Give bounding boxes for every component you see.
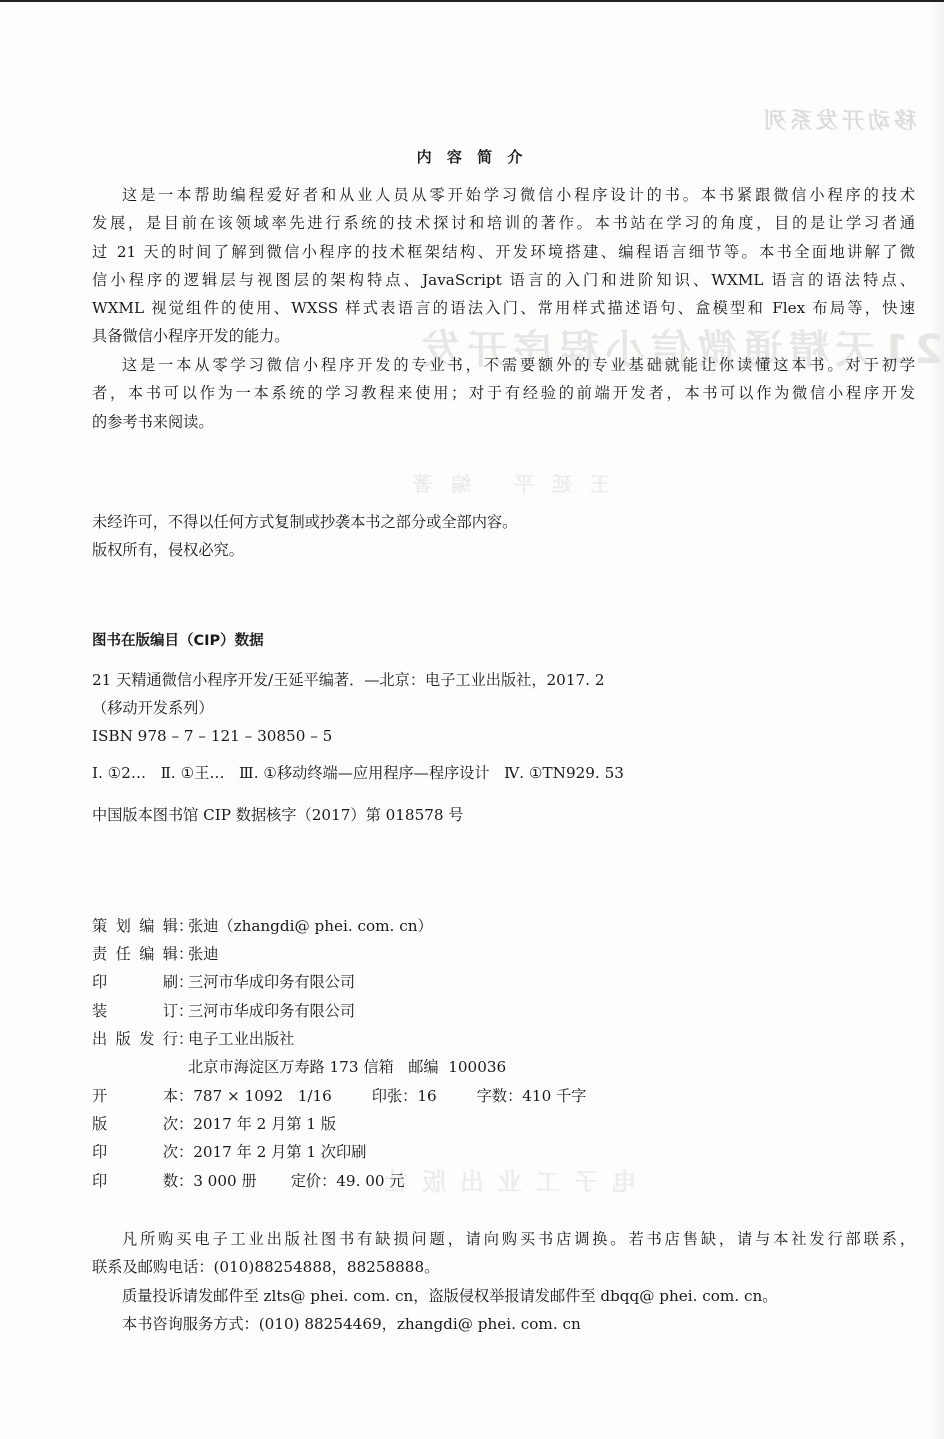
credit-row-address: 北京市海淀区万寿路 173 信箱 邮编 100036 [92,1053,506,1081]
sheets-value: 16 [417,1082,436,1110]
scan-right-shadow [930,0,944,1439]
scan-top-edge [0,0,944,2]
pubinfo-row-edition: 版次：2017 年 2 月第 1 版 [92,1110,586,1138]
cip-entry: 21 天精通微信小程序开发/王延平编著．—北京：电子工业出版社，2017. 2 [92,666,605,694]
notice-line: 联系及邮购电话：(010)88254888，88258888。 [92,1253,915,1281]
text-line: 的参考书来阅读。 [92,408,915,436]
credit-value: 电子工业出版社 [188,1025,294,1053]
text-line: 过 21 天的时间了解到微信小程序的技术框架结构、开发环境搭建、编程语言细节等。… [92,238,915,266]
pubinfo-row-printing: 印次：2017 年 2 月第 1 次印刷 [92,1138,586,1166]
edition-value: 2017 年 2 月第 1 版 [193,1110,336,1138]
cip-isbn: ISBN 978 – 7 – 121 – 30850 – 5 [92,722,605,750]
summary-heading: 内 容 简 介 [0,146,944,167]
copyright-notice: 未经许可，不得以任何方式复制或抄袭本书之部分或全部内容。 版权所有，侵权必究。 [92,508,517,564]
summary-paragraph-1: 这是一本帮助编程爱好者和从业人员从零开始学习微信小程序设计的书。本书紧跟微信小程… [92,181,915,351]
format-value: 787 × 1092 1/16 [193,1082,332,1110]
words-label: 字数 [477,1082,507,1110]
credit-row-printing: 印刷 ：三河市华成印务有限公司 [92,968,506,996]
credit-label: 策划编辑 [92,912,178,940]
credit-row-planning-editor: 策划编辑 ：张迪（zhangdi@ phei. com. cn） [92,912,506,940]
pubinfo-label: 印数 [92,1167,178,1195]
summary-paragraph-2: 这是一本从零学习微信小程序开发的专业书，不需要额外的专业基础就能让你读懂这本书。… [92,351,915,436]
printing-value: 2017 年 2 月第 1 次印刷 [193,1138,366,1166]
show-through-author: 王延平 编著 [395,468,610,497]
purchase-notice: 凡所购买电子工业出版社图书有缺损问题，请向购买书店调换。若书店售缺，请与本社发行… [92,1225,915,1338]
credit-label: 责任编辑 [92,940,178,968]
record-line: 中国版本图书馆 CIP 数据核字（2017）第 018578 号 [92,804,464,825]
cip-heading: 图书在版编目（CIP）数据 [92,629,264,650]
cip-record: 21 天精通微信小程序开发/王延平编著．—北京：电子工业出版社，2017. 2 … [92,666,605,750]
notice-line: 凡所购买电子工业出版社图书有缺损问题，请向购买书店调换。若书店售缺，请与本社发行… [92,1225,915,1253]
pubinfo-row-format: 开本：787 × 1092 1/16印张：16字数：410 千字 [92,1082,586,1110]
text-line: 这是一本帮助编程爱好者和从业人员从零开始学习微信小程序设计的书。本书紧跟微信小程… [92,181,915,209]
credit-row-responsible-editor: 责任编辑 ：张迪 [92,940,506,968]
pubinfo-label: 版次 [92,1110,178,1138]
consultation-line: 本书咨询服务方式：(010) 88254469，zhangdi@ phei. c… [92,1310,915,1338]
credit-row-publisher: 出版发行 ：电子工业出版社 [92,1025,506,1053]
credit-label: 出版发行 [92,1025,178,1053]
price-label: 定价 [291,1167,321,1195]
text-line: 发展，是目前在该领域率先进行系统的技术探讨和培训的著作。本书站在学习的角度，目的… [92,209,915,237]
credit-value: 三河市华成印务有限公司 [188,997,355,1025]
cip-classification: Ⅰ. ①2… Ⅱ. ①王… Ⅲ. ①移动终端—应用程序—程序设计 Ⅳ. ①TN9… [92,762,624,783]
classification-line: Ⅰ. ①2… Ⅱ. ①王… Ⅲ. ①移动终端—应用程序—程序设计 Ⅳ. ①TN9… [92,762,624,783]
price-value: 49. 00 元 [336,1167,404,1195]
cip-series: （移动开发系列） [92,694,605,722]
credit-row-binding: 装订 ：三河市华成印务有限公司 [92,997,506,1025]
credit-value: 张迪 [188,940,218,968]
credit-value: 张迪（zhangdi@ phei. com. cn） [188,912,433,940]
publisher-address: 北京市海淀区万寿路 173 信箱 邮编 100036 [92,1053,506,1081]
text-line: 具备微信小程序开发的能力。 [92,322,915,350]
show-through-series: 移动开发系列 [760,104,916,135]
pubinfo-label: 印次 [92,1138,178,1166]
words-value: 410 千字 [522,1082,586,1110]
sheets-label: 印张 [372,1082,402,1110]
cip-record-number: 中国版本图书馆 CIP 数据核字（2017）第 018578 号 [92,804,464,825]
publication-info: 开本：787 × 1092 1/16印张：16字数：410 千字 版次：2017… [92,1082,586,1195]
text-line: 信小程序的逻辑层与视图层的架构特点、JavaScript 语言的入门和进阶知识、… [92,266,915,294]
copies-value: 3 000 册 [193,1167,257,1195]
rights-line: 版权所有，侵权必究。 [92,536,517,564]
credit-label: 印刷 [92,968,178,996]
text-line: 这是一本从零学习微信小程序开发的专业书，不需要额外的专业基础就能让你读懂这本书。… [92,351,915,379]
credit-value: 三河市华成印务有限公司 [188,968,355,996]
credit-label: 装订 [92,997,178,1025]
pubinfo-row-copies: 印数：3 000 册定价：49. 00 元 [92,1167,586,1195]
complaint-line: 质量投诉请发邮件至 zlts@ phei. com. cn，盗版侵权举报请发邮件… [92,1282,915,1310]
pubinfo-label: 开本 [92,1082,178,1110]
text-line: WXML 视觉组件的使用、WXSS 样式表语言的语法入门、常用样式描述语句、盒模… [92,294,915,322]
copyright-line: 未经许可，不得以任何方式复制或抄袭本书之部分或全部内容。 [92,508,517,536]
credits-block: 策划编辑 ：张迪（zhangdi@ phei. com. cn） 责任编辑 ：张… [92,912,506,1081]
text-line: 者，本书可以作为一本系统的学习教程来使用；对于有经验的前端开发者，本书可以作为微… [92,379,915,407]
